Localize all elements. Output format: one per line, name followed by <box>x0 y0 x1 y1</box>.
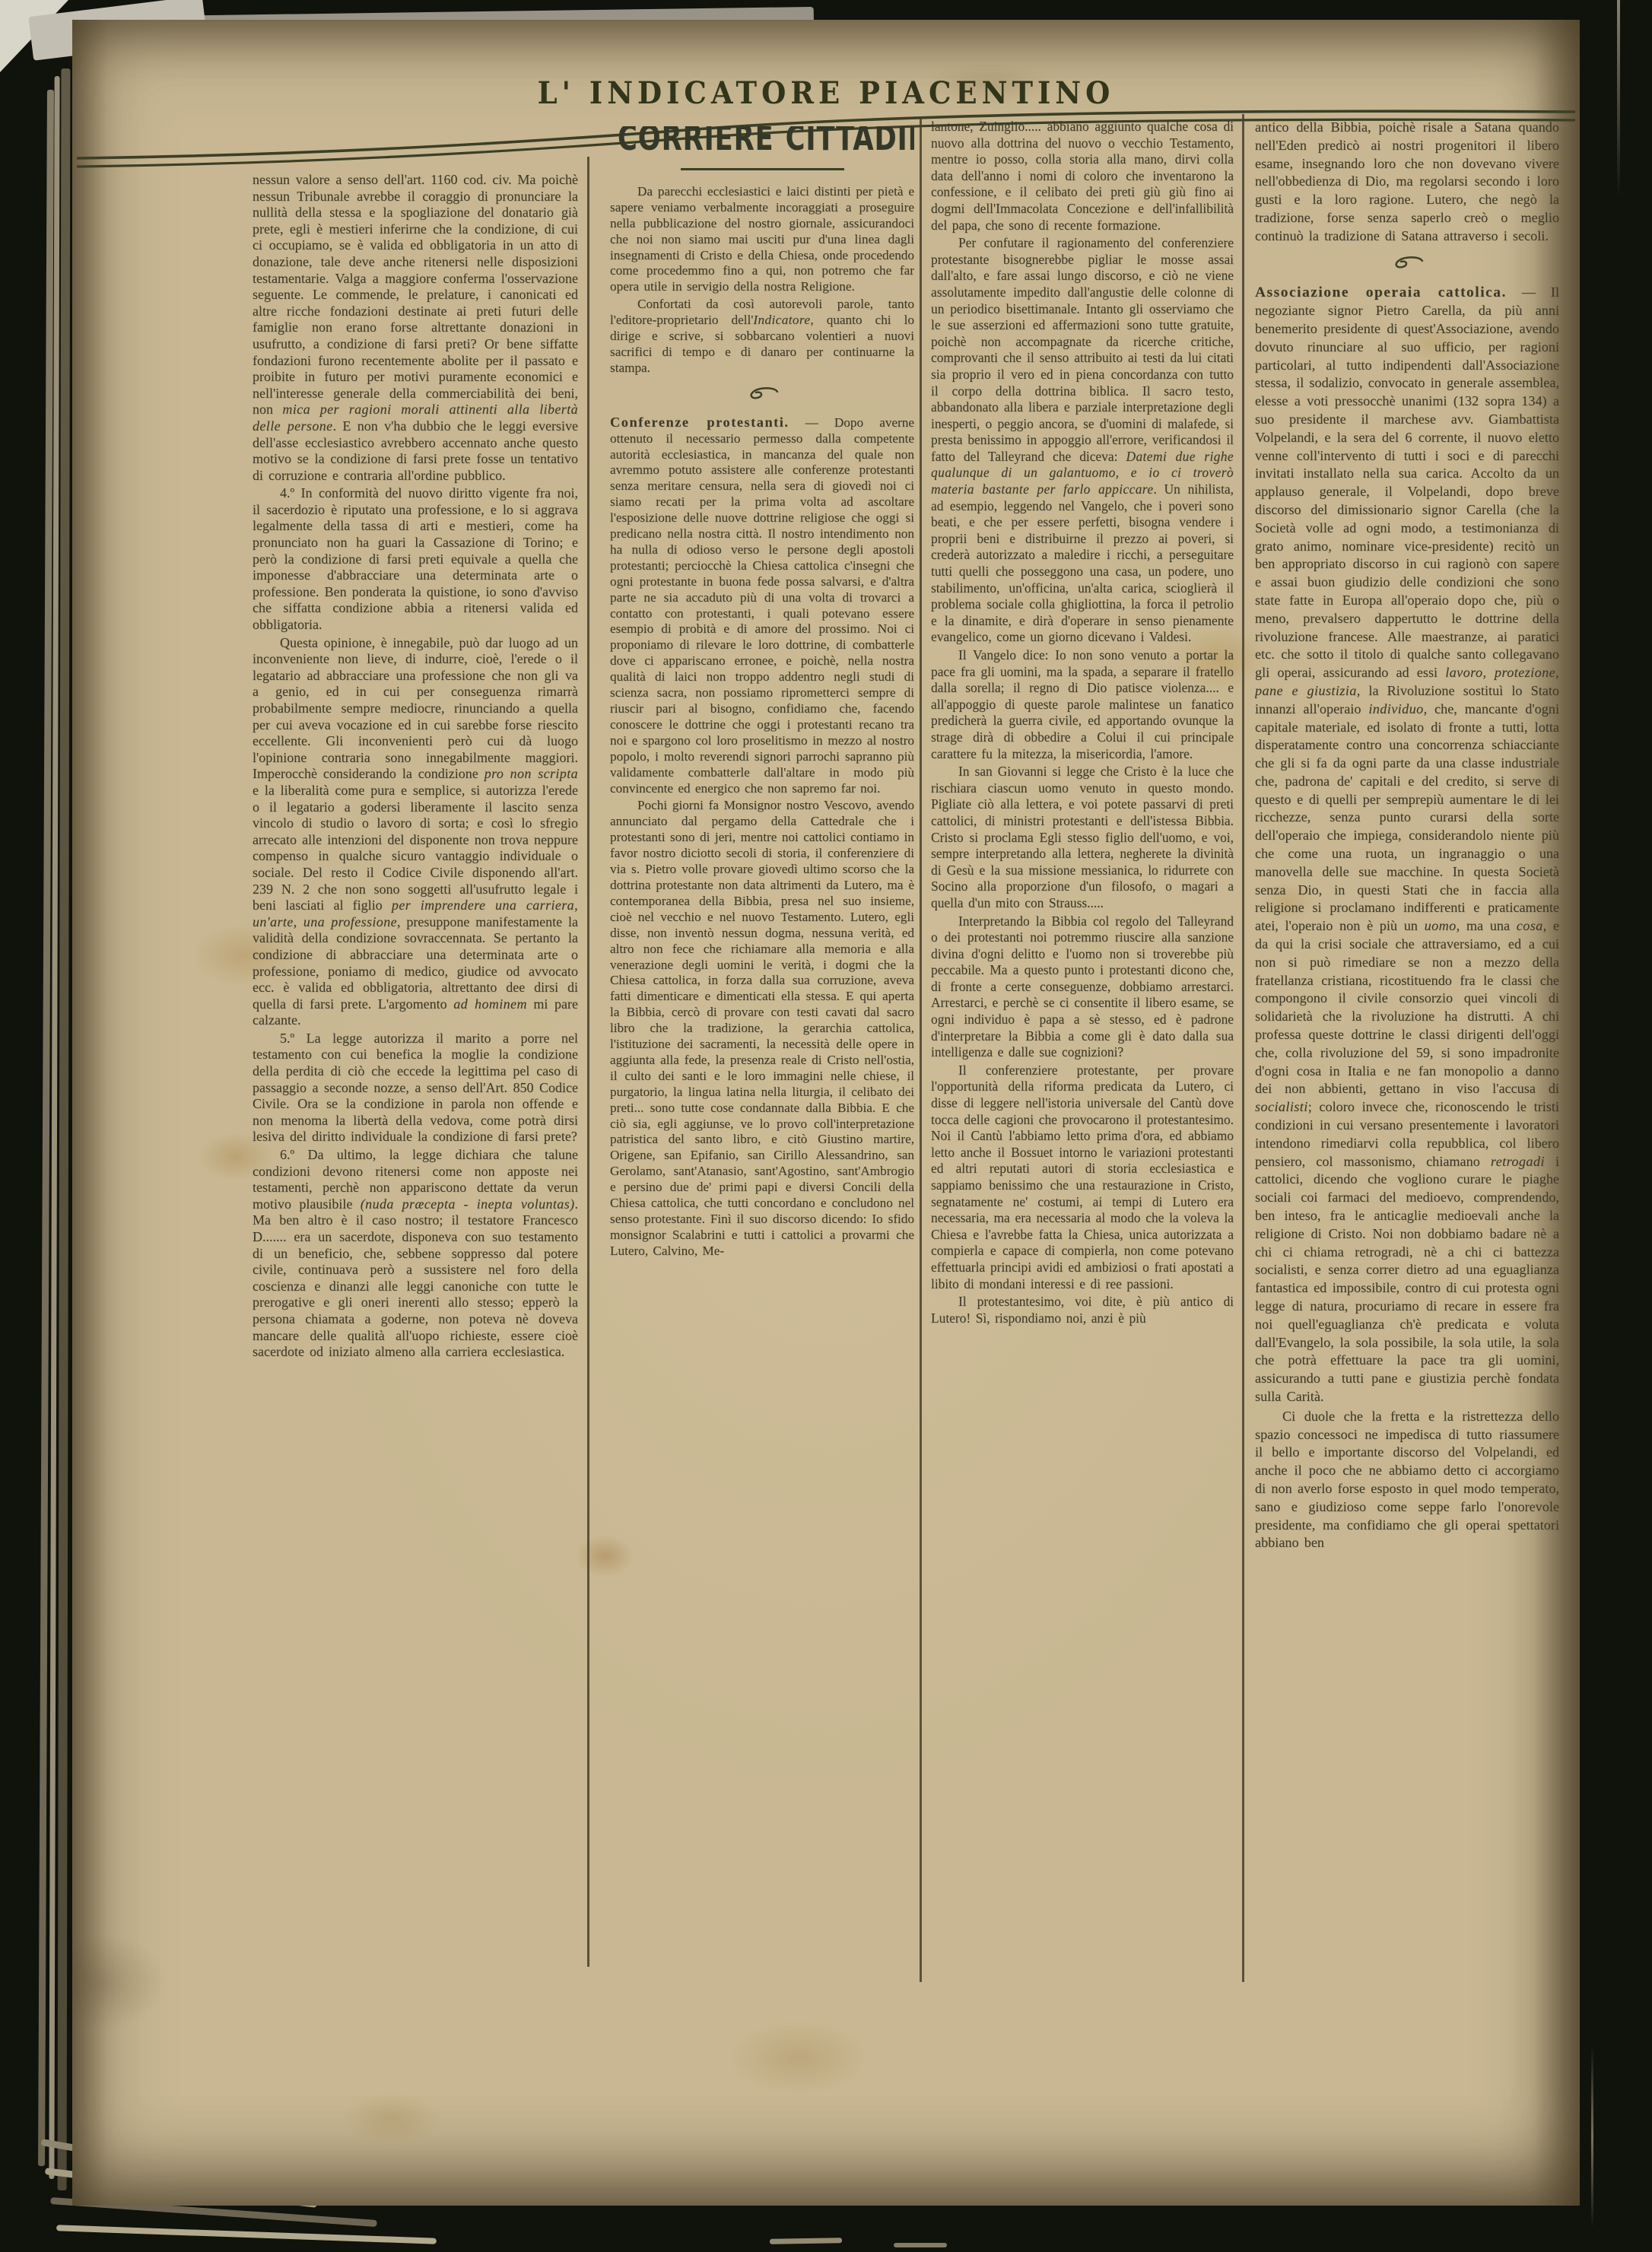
paragraph: Questa opinione, è innegabile, può dar l… <box>253 635 578 1029</box>
section-heading: CORRIERE CITTADINO <box>618 129 907 149</box>
scan-artifact-edge-mark <box>894 2243 947 2247</box>
column-3: lantone, Zuinglio..... abbiano aggiunto … <box>931 119 1234 1984</box>
paragraph: antico della Bibbia, poichè risale a Sat… <box>1255 119 1559 246</box>
paragraph: 4.º In conformità del nuovo diritto vige… <box>253 485 578 633</box>
column-divider-rule <box>587 157 589 1967</box>
paragraph: Conferenze protestanti. — Dopo averne ot… <box>610 415 914 797</box>
paragraph: Pochi giorni fa Monsignor nostro Vescovo… <box>610 798 914 1259</box>
scan-artifact-page-stack-left <box>58 68 71 2190</box>
curl-ornament-icon <box>1389 255 1425 272</box>
curl-ornament-icon <box>744 386 780 402</box>
column-2: CORRIERE CITTADINODa parecchi ecclesiast… <box>610 126 914 1979</box>
scan-artifact-page-edge-right <box>1591 2046 1593 2228</box>
column-1: nessun valore a senso dell'art. 1160 cod… <box>253 172 578 1959</box>
section-ornament <box>1255 255 1559 277</box>
column-divider-rule <box>1242 114 1244 1982</box>
paragraph: 6.º Da ultimo, la legge dichiara che tal… <box>253 1147 578 1361</box>
scan-artifact-page-fan-bottom-left <box>56 2225 437 2244</box>
column-4: antico della Bibbia, poichè risale a Sat… <box>1255 119 1559 1984</box>
paragraph: Il protestantesimo, voi dite, è più anti… <box>931 1294 1234 1326</box>
paragraph: In san Giovanni si legge che Cristo è la… <box>931 764 1234 911</box>
paragraph: Ci duole che la fretta e la ristrettezza… <box>1255 1408 1559 1552</box>
paragraph: Da parecchi ecclesiastici e laici distin… <box>610 184 914 295</box>
heading-underline-rule <box>681 168 844 170</box>
paragraph: lantone, Zuinglio..... abbiano aggiunto … <box>931 119 1234 233</box>
section-ornament <box>610 386 914 407</box>
paragraph: Il Vangelo dice: Io non sono venuto a po… <box>931 647 1234 762</box>
paragraph: Il conferenziere protestante, per provar… <box>931 1062 1234 1292</box>
paragraph: 5.º La legge autorizza il marito a porre… <box>253 1031 578 1145</box>
scan-artifact-edge-mark <box>770 2238 842 2244</box>
paragraph: Per confutare il ragionamento del confer… <box>931 235 1234 646</box>
paragraph: Confortati da così autorevoli parole, ta… <box>610 297 914 376</box>
paragraph: Interpretando la Bibbia col regolo del T… <box>931 913 1234 1061</box>
paragraph: nessun valore a senso dell'art. 1160 cod… <box>253 172 578 484</box>
scan-artifact-page-edge-right <box>1617 0 1620 198</box>
newspaper-page: L' INDICATORE PIACENTINO nessun valore a… <box>72 20 1580 2206</box>
column-divider-rule <box>920 117 922 1982</box>
paragraph: Associazione operaia cattolica. — Il neg… <box>1255 284 1559 1406</box>
